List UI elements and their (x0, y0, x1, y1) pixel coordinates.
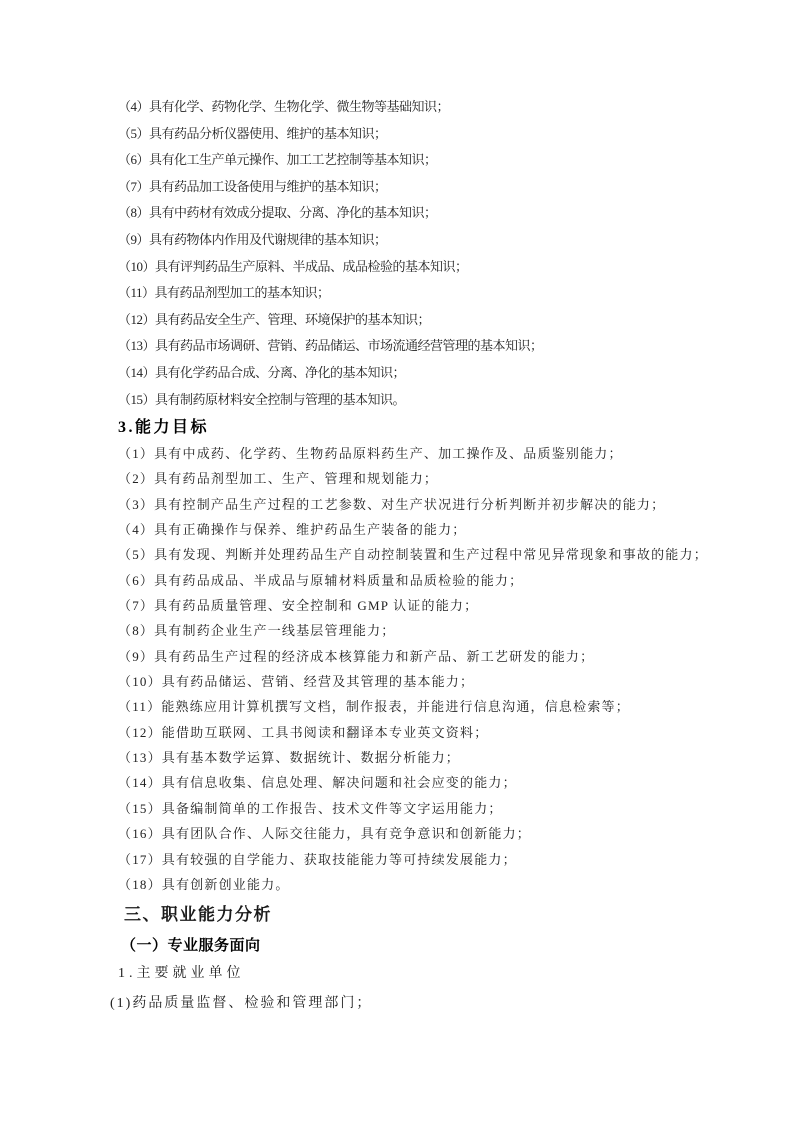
list-item: （15）具备编制简单的工作报告、技术文件等文字运用能力； (118, 796, 708, 821)
list-item: （17）具有较强的自学能力、获取技能能力等可持续发展能力； (118, 847, 708, 872)
list-item: （14）具有化学药品合成、分离、净化的基本知识； (118, 360, 543, 387)
list-item: （14）具有信息收集、信息处理、解决问题和社会应变的能力； (118, 770, 708, 795)
ability-objectives-list: （1）具有中成药、化学药、生物药品原料药生产、加工操作及、品质鉴别能力；（2）具… (118, 441, 708, 897)
list-item: （4）具有正确操作与保养、维护药品生产装备的能力； (118, 517, 708, 542)
list-item: （11）能熟练应用计算机撰写文档，制作报表，并能进行信息沟通，信息检索等； (118, 694, 708, 719)
ability-objectives-heading: 3.能力目标 (118, 418, 209, 438)
list-item: （16）具有团队合作、人际交往能力，具有竞争意识和创新能力； (118, 821, 708, 846)
list-item: （10）具有药品储运、营销、经营及其管理的基本能力； (118, 669, 708, 694)
list-item: （8）具有中药材有效成分提取、分离、净化的基本知识； (118, 200, 543, 227)
list-item: （9）具有药物体内作用及代谢规律的基本知识； (118, 227, 543, 254)
list-item: （4）具有化学、药物化学、生物化学、微生物等基础知识； (118, 94, 543, 121)
list-item: （7）具有药品质量管理、安全控制和 GMP 认证的能力； (118, 593, 708, 618)
knowledge-objectives-list: （4）具有化学、药物化学、生物化学、微生物等基础知识；（5）具有药品分析仪器使用… (118, 94, 543, 413)
list-item: （5）具有药品分析仪器使用、维护的基本知识； (118, 121, 543, 148)
list-item: （13）具有基本数学运算、数据统计、数据分析能力； (118, 745, 708, 770)
list-item: （12）具有药品安全生产、管理、环境保护的基本知识； (118, 307, 543, 334)
employment-units-label: 1.主要就业单位 (118, 964, 245, 984)
list-item: （12）能借助互联网、工具书阅读和翻译本专业英文资料； (118, 720, 708, 745)
list-item: （6）具有药品成品、半成品与原辅材料质量和品质检验的能力； (118, 568, 708, 593)
document-page: （4）具有化学、药物化学、生物化学、微生物等基础知识；（5）具有药品分析仪器使用… (0, 0, 793, 1122)
list-item: （8）具有制药企业生产一线基层管理能力； (118, 618, 708, 643)
list-item: （3）具有控制产品生产过程的工艺参数、对生产状况进行分析判断并初步解决的能力； (118, 492, 708, 517)
list-item: （10）具有评判药品生产原料、半成品、成品检验的基本知识； (118, 254, 543, 281)
career-analysis-section-heading: 三、职业能力分析 (124, 904, 272, 926)
list-item: （15）具有制药原材料安全控制与管理的基本知识。 (118, 387, 543, 414)
list-item: （18）具有创新创业能力。 (118, 872, 708, 897)
professional-service-subheading: （一）专业服务面向 (121, 936, 261, 956)
employment-unit-item: (1)药品质量监督、检验和管理部门； (110, 994, 372, 1014)
list-item: （5）具有发现、判断并处理药品生产自动控制装置和生产过程中常见异常现象和事故的能… (118, 542, 708, 567)
list-item: （13）具有药品市场调研、营销、药品储运、市场流通经营管理的基本知识； (118, 333, 543, 360)
list-item: （1）具有中成药、化学药、生物药品原料药生产、加工操作及、品质鉴别能力； (118, 441, 708, 466)
list-item: （7）具有药品加工设备使用与维护的基本知识； (118, 174, 543, 201)
list-item: （6）具有化工生产单元操作、加工工艺控制等基本知识； (118, 147, 543, 174)
list-item: （11）具有药品剂型加工的基本知识； (118, 280, 543, 307)
list-item: （9）具有药品生产过程的经济成本核算能力和新产品、新工艺研发的能力； (118, 644, 708, 669)
list-item: （2）具有药品剂型加工、生产、管理和规划能力； (118, 466, 708, 491)
